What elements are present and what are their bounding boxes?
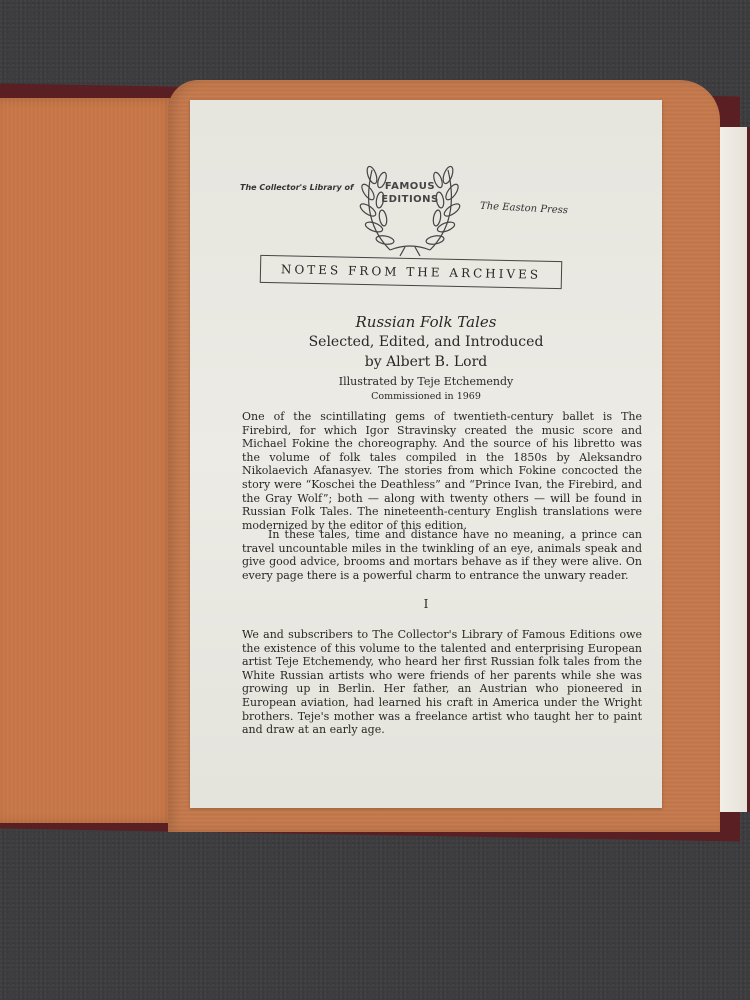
archive-insert-page: The Collector's Library of: [190, 100, 662, 808]
book-subtitle: Selected, Edited, and Introduced: [190, 332, 662, 352]
section-numeral: I: [190, 597, 662, 611]
wreath-text: FAMOUS EDITIONS: [350, 180, 470, 206]
laurel-wreath-icon: FAMOUS EDITIONS: [350, 150, 470, 260]
book-title: Russian Folk Tales: [190, 312, 662, 332]
title-block: Russian Folk Tales Selected, Edited, and…: [190, 312, 662, 404]
paragraph-3: We and subscribers to The Collector's Li…: [242, 628, 642, 737]
paragraph-1: One of the scintillating gems of twentie…: [242, 410, 642, 532]
header-row: The Collector's Library of: [190, 155, 662, 265]
commission-year: Commissioned in 1969: [190, 390, 662, 404]
left-endpaper: [0, 98, 175, 823]
library-label: The Collector's Library of: [240, 183, 353, 192]
book-illustrator: Illustrated by Teje Etchemendy: [190, 374, 662, 390]
paragraph-2: In these tales, time and distance have n…: [242, 528, 642, 582]
book-author: by Albert B. Lord: [190, 352, 662, 372]
archives-banner: NOTES FROM THE ARCHIVES: [260, 255, 563, 289]
wreath-line-famous: FAMOUS: [350, 180, 470, 193]
wreath-line-editions: EDITIONS: [350, 193, 470, 206]
publisher-label: The Easton Press: [480, 201, 568, 217]
